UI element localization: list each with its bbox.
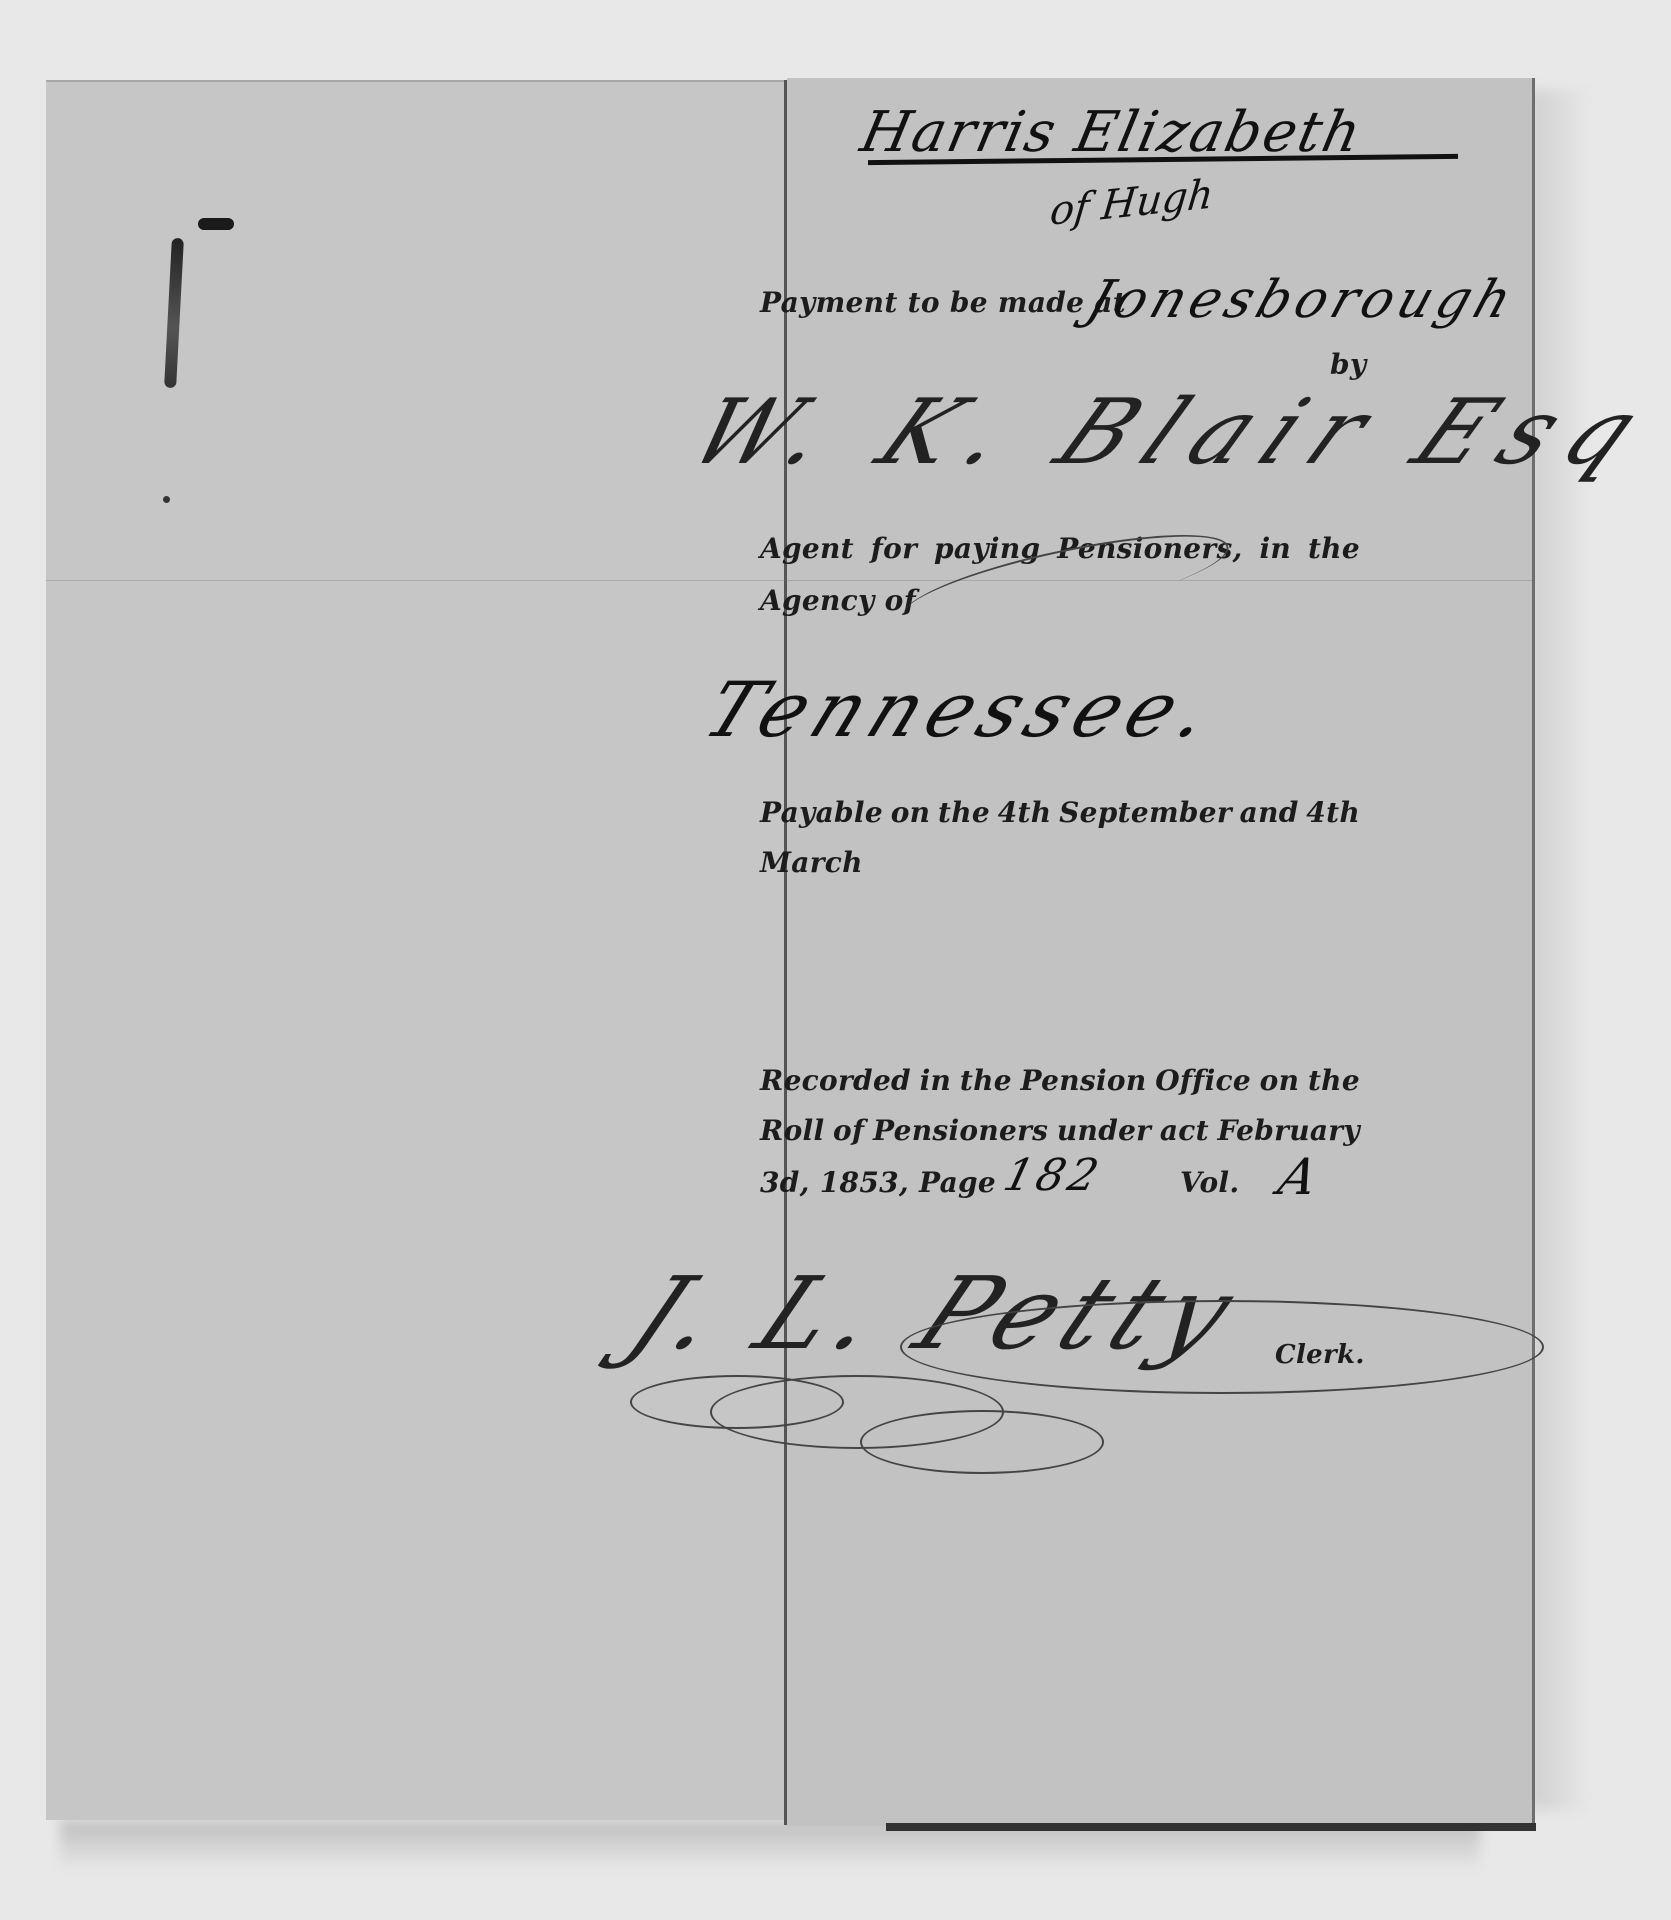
word: on bbox=[891, 788, 931, 838]
word: Office bbox=[1155, 1056, 1251, 1106]
center-fold-line bbox=[784, 80, 787, 1825]
signature-flourish-right bbox=[900, 1300, 1544, 1394]
record-vol-label: Vol. bbox=[1180, 1158, 1239, 1208]
record-page-number: 182 bbox=[999, 1150, 1108, 1201]
word: Recorded bbox=[760, 1056, 911, 1106]
margin-ink-mark-top bbox=[198, 218, 234, 230]
document-back-panel bbox=[46, 80, 786, 1820]
word: the bbox=[960, 1056, 1012, 1106]
recorded-line-1: Recorded in the Pension Office on the bbox=[760, 1056, 1360, 1106]
word: and bbox=[1240, 788, 1299, 838]
word: Roll bbox=[760, 1106, 824, 1156]
word: 4th bbox=[998, 788, 1052, 838]
word: on bbox=[1260, 1056, 1300, 1106]
word: under bbox=[1057, 1106, 1151, 1156]
word: in bbox=[1259, 524, 1291, 574]
agency-line-2: Agency of bbox=[760, 576, 916, 626]
word: Payable bbox=[760, 788, 883, 838]
payable-line-2: March bbox=[760, 838, 863, 888]
word: the bbox=[1308, 524, 1360, 574]
signature-flourish-lower bbox=[860, 1410, 1104, 1474]
word: of bbox=[833, 1106, 864, 1156]
word: Pension bbox=[1021, 1056, 1147, 1106]
word: 4th bbox=[1306, 788, 1360, 838]
agent-name: W. K. Blair Esq bbox=[672, 380, 1671, 485]
word: Pensioners bbox=[873, 1106, 1048, 1156]
word: the bbox=[1308, 1056, 1360, 1106]
payment-location: Jonesborough bbox=[1080, 270, 1524, 330]
word: for bbox=[871, 524, 917, 574]
word: act bbox=[1160, 1106, 1209, 1156]
word: September bbox=[1059, 788, 1232, 838]
margin-ink-dot bbox=[163, 496, 170, 503]
recorded-line-2: Roll of Pensioners under act February bbox=[760, 1106, 1360, 1156]
word: the bbox=[938, 788, 990, 838]
word: Agent bbox=[760, 524, 854, 574]
paper-bottom-edge bbox=[886, 1823, 1536, 1831]
paper-shadow-right bbox=[1530, 90, 1590, 1810]
payment-label: Payment to be made at bbox=[760, 278, 1126, 328]
payable-line-1: Payable on the 4th September and 4th bbox=[760, 788, 1360, 838]
agency-state: Tennessee. bbox=[692, 665, 1233, 754]
word: in bbox=[920, 1056, 952, 1106]
document-front-panel bbox=[787, 78, 1535, 1826]
recorded-line-3-prefix: 3d, 1853, Page bbox=[760, 1158, 996, 1208]
